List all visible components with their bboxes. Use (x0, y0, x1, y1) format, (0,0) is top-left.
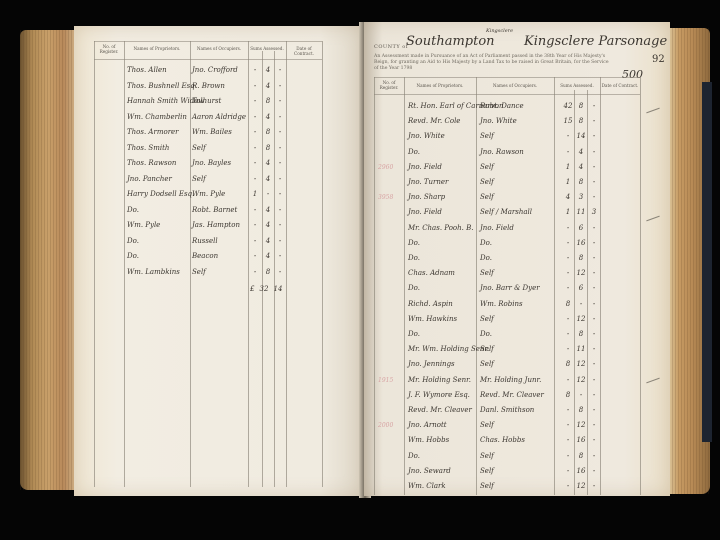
book-cover-spine (702, 82, 712, 442)
amount-shillings: 8 (262, 97, 274, 105)
amount-shillings: - (262, 190, 274, 198)
amount-pence: - (588, 193, 600, 201)
amount-pence: - (274, 82, 286, 90)
amount-pounds: - (562, 269, 574, 277)
amount-pence: - (588, 300, 600, 308)
proprietor-name: Harry Dodsell Esq. (127, 190, 194, 198)
amount-shillings: 12 (575, 360, 587, 368)
amount-shillings: 8 (575, 117, 587, 125)
register-number-note: 2000 (378, 422, 393, 429)
amount-pounds: - (249, 268, 261, 276)
right-page: COUNTY of Southampton Kingsclere Kingscl… (364, 22, 670, 496)
occupier-name: Self (480, 345, 494, 353)
occupier-name: Self (480, 132, 494, 140)
proprietor-name: Do. (408, 452, 420, 460)
amount-pounds: - (249, 221, 261, 229)
amount-pounds: - (249, 237, 261, 245)
proprietor-name: Wm. Hawkins (408, 315, 457, 323)
amount-pence: - (588, 163, 600, 171)
amount-shillings: 12 (575, 421, 587, 429)
register-number-note: 1915 (378, 377, 393, 384)
occupier-name: Self (480, 163, 494, 171)
amount-pounds: - (249, 128, 261, 136)
amount-pence: - (588, 224, 600, 232)
proprietor-name: Do. (127, 206, 139, 214)
amount-pounds: 15 (562, 117, 574, 125)
amount-shillings: - (575, 300, 587, 308)
occupier-name: Wm. Bailes (192, 128, 232, 136)
amount-shillings: 16 (575, 436, 587, 444)
occupier-name: Do. (480, 239, 492, 247)
occupier-name: Mr. Holding Junr. (480, 376, 541, 384)
proprietor-name: Mr. Wm. Holding Senr. (408, 345, 489, 353)
amount-pence: - (588, 239, 600, 247)
amount-pence: - (588, 148, 600, 156)
proprietor-name: Jno. Turner (408, 178, 448, 186)
amount-shillings: 8 (575, 330, 587, 338)
amount-shillings: 4 (262, 66, 274, 74)
amount-shillings: 4 (575, 148, 587, 156)
amount-pence: - (588, 436, 600, 444)
occupier-name: Jno. White (480, 117, 517, 125)
amount-pence: - (274, 190, 286, 198)
proprietor-name: Jno. Pancher (127, 175, 172, 183)
proprietor-name: Jno. White (408, 132, 445, 140)
amount-shillings: 12 (575, 376, 587, 384)
proprietor-name: Jno. Field (408, 208, 442, 216)
occupier-name: Russell (192, 237, 218, 245)
occupier-name: Self (480, 269, 494, 277)
amount-shillings: 8 (262, 128, 274, 136)
proprietor-name: Do. (127, 252, 139, 260)
amount-pounds: - (249, 206, 261, 214)
proprietor-name: Do. (408, 284, 420, 292)
amount-shillings: 4 (262, 113, 274, 121)
parish-name: Kingsclere Parsonage (524, 34, 667, 49)
occupier-name: Robt. Dance (480, 102, 524, 110)
assessment-preamble: An Assessment made in Pursuance of an Ac… (374, 54, 614, 72)
proprietor-name: Jno. Arnott (408, 421, 447, 429)
amount-pence: - (588, 284, 600, 292)
proprietor-name: Mr. Chas. Pooh. B. (408, 224, 473, 232)
amount-pence: - (588, 421, 600, 429)
occupier-name: Wm. Robins (480, 300, 523, 308)
amount-shillings: 8 (575, 452, 587, 460)
proprietor-name: Jno. Seward (408, 467, 451, 475)
amount-shillings: 8 (575, 254, 587, 262)
amount-pounds: 1 (562, 208, 574, 216)
amount-shillings: 16 (575, 467, 587, 475)
amount-pence: - (588, 269, 600, 277)
left-page-edges (20, 30, 82, 490)
proprietor-name: Wm. Hobbs (408, 436, 449, 444)
amount-pence: - (588, 345, 600, 353)
amount-shillings: 4 (262, 206, 274, 214)
amount-pence: - (274, 221, 286, 229)
proprietor-name: Wm. Clark (408, 482, 446, 490)
amount-pounds: 1 (562, 178, 574, 186)
amount-shillings: 8 (575, 406, 587, 414)
occupier-name: Self (192, 144, 206, 152)
occupier-name: Jno. Rawson (480, 148, 524, 156)
header-occupiers: Names of Occupiers. (190, 46, 248, 51)
amount-pence: - (274, 66, 286, 74)
amount-pounds: 4 (562, 193, 574, 201)
proprietor-name: Jno. Jennings (408, 360, 455, 368)
amount-pence: - (274, 159, 286, 167)
amount-pounds: - (562, 132, 574, 140)
header-register-no: No. of Register. (374, 80, 404, 90)
page-number: 92 (652, 54, 665, 65)
occupier-name: Self (480, 467, 494, 475)
amount-pounds: - (562, 284, 574, 292)
amount-shillings: 4 (262, 175, 274, 183)
amount-pounds: - (249, 252, 261, 260)
amount-pence: - (588, 132, 600, 140)
amount-shillings: 4 (575, 163, 587, 171)
amount-pence: - (274, 144, 286, 152)
amount-shillings: 8 (262, 268, 274, 276)
occupier-name: Jas. Hampton (192, 221, 240, 229)
amount-pence: - (274, 175, 286, 183)
amount-pounds: - (562, 376, 574, 384)
amount-pence: - (274, 268, 286, 276)
proprietor-name: Thos. Bushnell Esq. (127, 82, 197, 90)
amount-pence: - (588, 102, 600, 110)
amount-pounds: - (562, 330, 574, 338)
proprietor-name: Chas. Adnam (408, 269, 455, 277)
amount-pounds: - (249, 82, 261, 90)
amount-shillings: 4 (262, 82, 274, 90)
proprietor-name: Do. (408, 254, 420, 262)
amount-pence: - (588, 391, 600, 399)
amount-shillings: 8 (262, 144, 274, 152)
occupier-name: Jno. Barr & Dyer (480, 284, 540, 292)
amount-pounds: - (249, 97, 261, 105)
proprietor-name: J. F. Wymore Esq. (408, 391, 470, 399)
amount-pounds: 1 (562, 163, 574, 171)
amount-shillings: 6 (575, 224, 587, 232)
header-sums-assessed: Sums Assessed. (554, 83, 600, 88)
hundred-superscript: Kingsclere (486, 28, 513, 34)
occupier-name: R. Brown (192, 82, 225, 90)
proprietor-name: Thos. Smith (127, 144, 169, 152)
county-label: COUNTY of (374, 44, 408, 50)
amount-pence: - (588, 254, 600, 262)
amount-pounds: 8 (562, 360, 574, 368)
proprietor-name: Mr. Holding Senr. (408, 376, 471, 384)
amount-pence: - (588, 406, 600, 414)
amount-pence: - (588, 117, 600, 125)
proprietor-name: Wm. Lambkins (127, 268, 180, 276)
amount-shillings: 4 (262, 159, 274, 167)
occupier-name: Self (480, 482, 494, 490)
amount-pounds: - (562, 421, 574, 429)
occupier-name: Self (192, 268, 206, 276)
occupier-name: Danl. Smithson (480, 406, 534, 414)
amount-pounds: - (562, 254, 574, 262)
amount-shillings: 12 (575, 482, 587, 490)
total-label: £ (250, 285, 254, 293)
amount-pounds: - (249, 113, 261, 121)
amount-shillings: 16 (575, 239, 587, 247)
amount-pounds: - (562, 148, 574, 156)
proprietor-name: Revd. Mr. Cleaver (408, 406, 472, 414)
register-number-note: 2960 (378, 164, 393, 171)
occupier-name: Jno. Bayles (192, 159, 231, 167)
header-sums-assessed: Sums Assessed. (248, 46, 286, 51)
open-ledger-book: No. of Register. Names of Proprietors. N… (14, 22, 710, 502)
occupier-name: Do. (480, 254, 492, 262)
header-proprietors: Names of Proprietors. (404, 83, 476, 88)
amount-pence: - (588, 482, 600, 490)
amount-pounds: - (562, 436, 574, 444)
amount-pence: - (274, 97, 286, 105)
amount-shillings: - (575, 391, 587, 399)
header-register-no: No. of Register. (94, 44, 124, 54)
amount-pence: - (274, 237, 286, 245)
proprietor-name: Thos. Rawson (127, 159, 176, 167)
amount-pence: - (588, 178, 600, 186)
occupier-name: Tolhurst (192, 97, 221, 105)
amount-shillings: 4 (262, 221, 274, 229)
amount-pounds: - (249, 175, 261, 183)
amount-pounds: 42 (562, 102, 574, 110)
amount-shillings: 4 (262, 237, 274, 245)
proprietor-name: Richd. Aspin (408, 300, 453, 308)
amount-shillings: 11 (575, 208, 587, 216)
margin-tick (646, 378, 659, 384)
occupier-name: Self (480, 178, 494, 186)
amount-pounds: 8 (562, 300, 574, 308)
occupier-name: Jno. Field (480, 224, 514, 232)
total-shillings: 14 (272, 285, 284, 293)
amount-pounds: 8 (562, 391, 574, 399)
amount-shillings: 14 (575, 132, 587, 140)
amount-pounds: - (562, 224, 574, 232)
header-occupiers: Names of Occupiers. (476, 83, 554, 88)
proprietor-name: Do. (408, 239, 420, 247)
occupier-name: Do. (480, 330, 492, 338)
amount-pounds: 1 (249, 190, 261, 198)
amount-pence: - (588, 330, 600, 338)
amount-shillings: 8 (575, 178, 587, 186)
amount-pounds: - (562, 406, 574, 414)
left-page: No. of Register. Names of Proprietors. N… (74, 26, 364, 496)
occupier-name: Chas. Hobbs (480, 436, 525, 444)
total-pounds: 32 (258, 285, 270, 293)
occupier-name: Self (480, 452, 494, 460)
proprietor-name: Do. (127, 237, 139, 245)
amount-shillings: 11 (575, 345, 587, 353)
occupier-name: Self (480, 360, 494, 368)
occupier-name: Aaron Aldridge (192, 113, 246, 121)
header-date-of-contract: Date of Contract. (286, 46, 322, 56)
amount-pence: - (588, 452, 600, 460)
amount-pence: - (588, 315, 600, 323)
proprietor-name: Jno. Sharp (408, 193, 445, 201)
amount-pounds: - (562, 345, 574, 353)
amount-pence: - (274, 113, 286, 121)
amount-pence: - (274, 206, 286, 214)
occupier-name: Self / Marshall (480, 208, 532, 216)
amount-pounds: - (562, 239, 574, 247)
county-name: Southampton (406, 34, 495, 49)
amount-pounds: - (562, 452, 574, 460)
proprietor-name: Wm. Pyle (127, 221, 160, 229)
occupier-name: Beacon (192, 252, 218, 260)
header-date-of-contract: Date of Contract. (600, 83, 640, 88)
proprietor-name: Thos. Allen (127, 66, 167, 74)
amount-pence: - (588, 376, 600, 384)
amount-shillings: 4 (262, 252, 274, 260)
proprietor-name: Revd. Mr. Cole (408, 117, 460, 125)
amount-pounds: - (562, 482, 574, 490)
amount-shillings: 6 (575, 284, 587, 292)
proprietor-name: Jno. Field (408, 163, 442, 171)
proprietor-name: Do. (408, 330, 420, 338)
margin-tick (646, 216, 659, 222)
occupier-name: Wm. Pyle (192, 190, 225, 198)
amount-pounds: - (562, 467, 574, 475)
register-number-note: 3958 (378, 194, 393, 201)
amount-pounds: - (249, 159, 261, 167)
amount-pence: - (588, 360, 600, 368)
amount-pence: - (274, 128, 286, 136)
amount-shillings: 12 (575, 315, 587, 323)
header-proprietors: Names of Proprietors. (124, 46, 190, 51)
proprietor-name: Wm. Chamberlin (127, 113, 187, 121)
amount-pence: - (274, 252, 286, 260)
amount-pounds: - (562, 315, 574, 323)
amount-shillings: 3 (575, 193, 587, 201)
amount-pounds: - (249, 144, 261, 152)
amount-shillings: 12 (575, 269, 587, 277)
amount-pence: 3 (588, 208, 600, 216)
occupier-name: Revd. Mr. Cleaver (480, 391, 544, 399)
proprietor-name: Do. (408, 148, 420, 156)
occupier-name: Self (480, 193, 494, 201)
margin-tick (646, 108, 659, 114)
occupier-name: Jno. Crofford (192, 66, 238, 74)
occupier-name: Self (480, 315, 494, 323)
amount-pence: - (588, 467, 600, 475)
proprietor-name: Thos. Armorer (127, 128, 179, 136)
amount-pounds: - (249, 66, 261, 74)
occupier-name: Self (192, 175, 206, 183)
occupier-name: Self (480, 421, 494, 429)
occupier-name: Robt. Barnet (192, 206, 237, 214)
amount-shillings: 8 (575, 102, 587, 110)
